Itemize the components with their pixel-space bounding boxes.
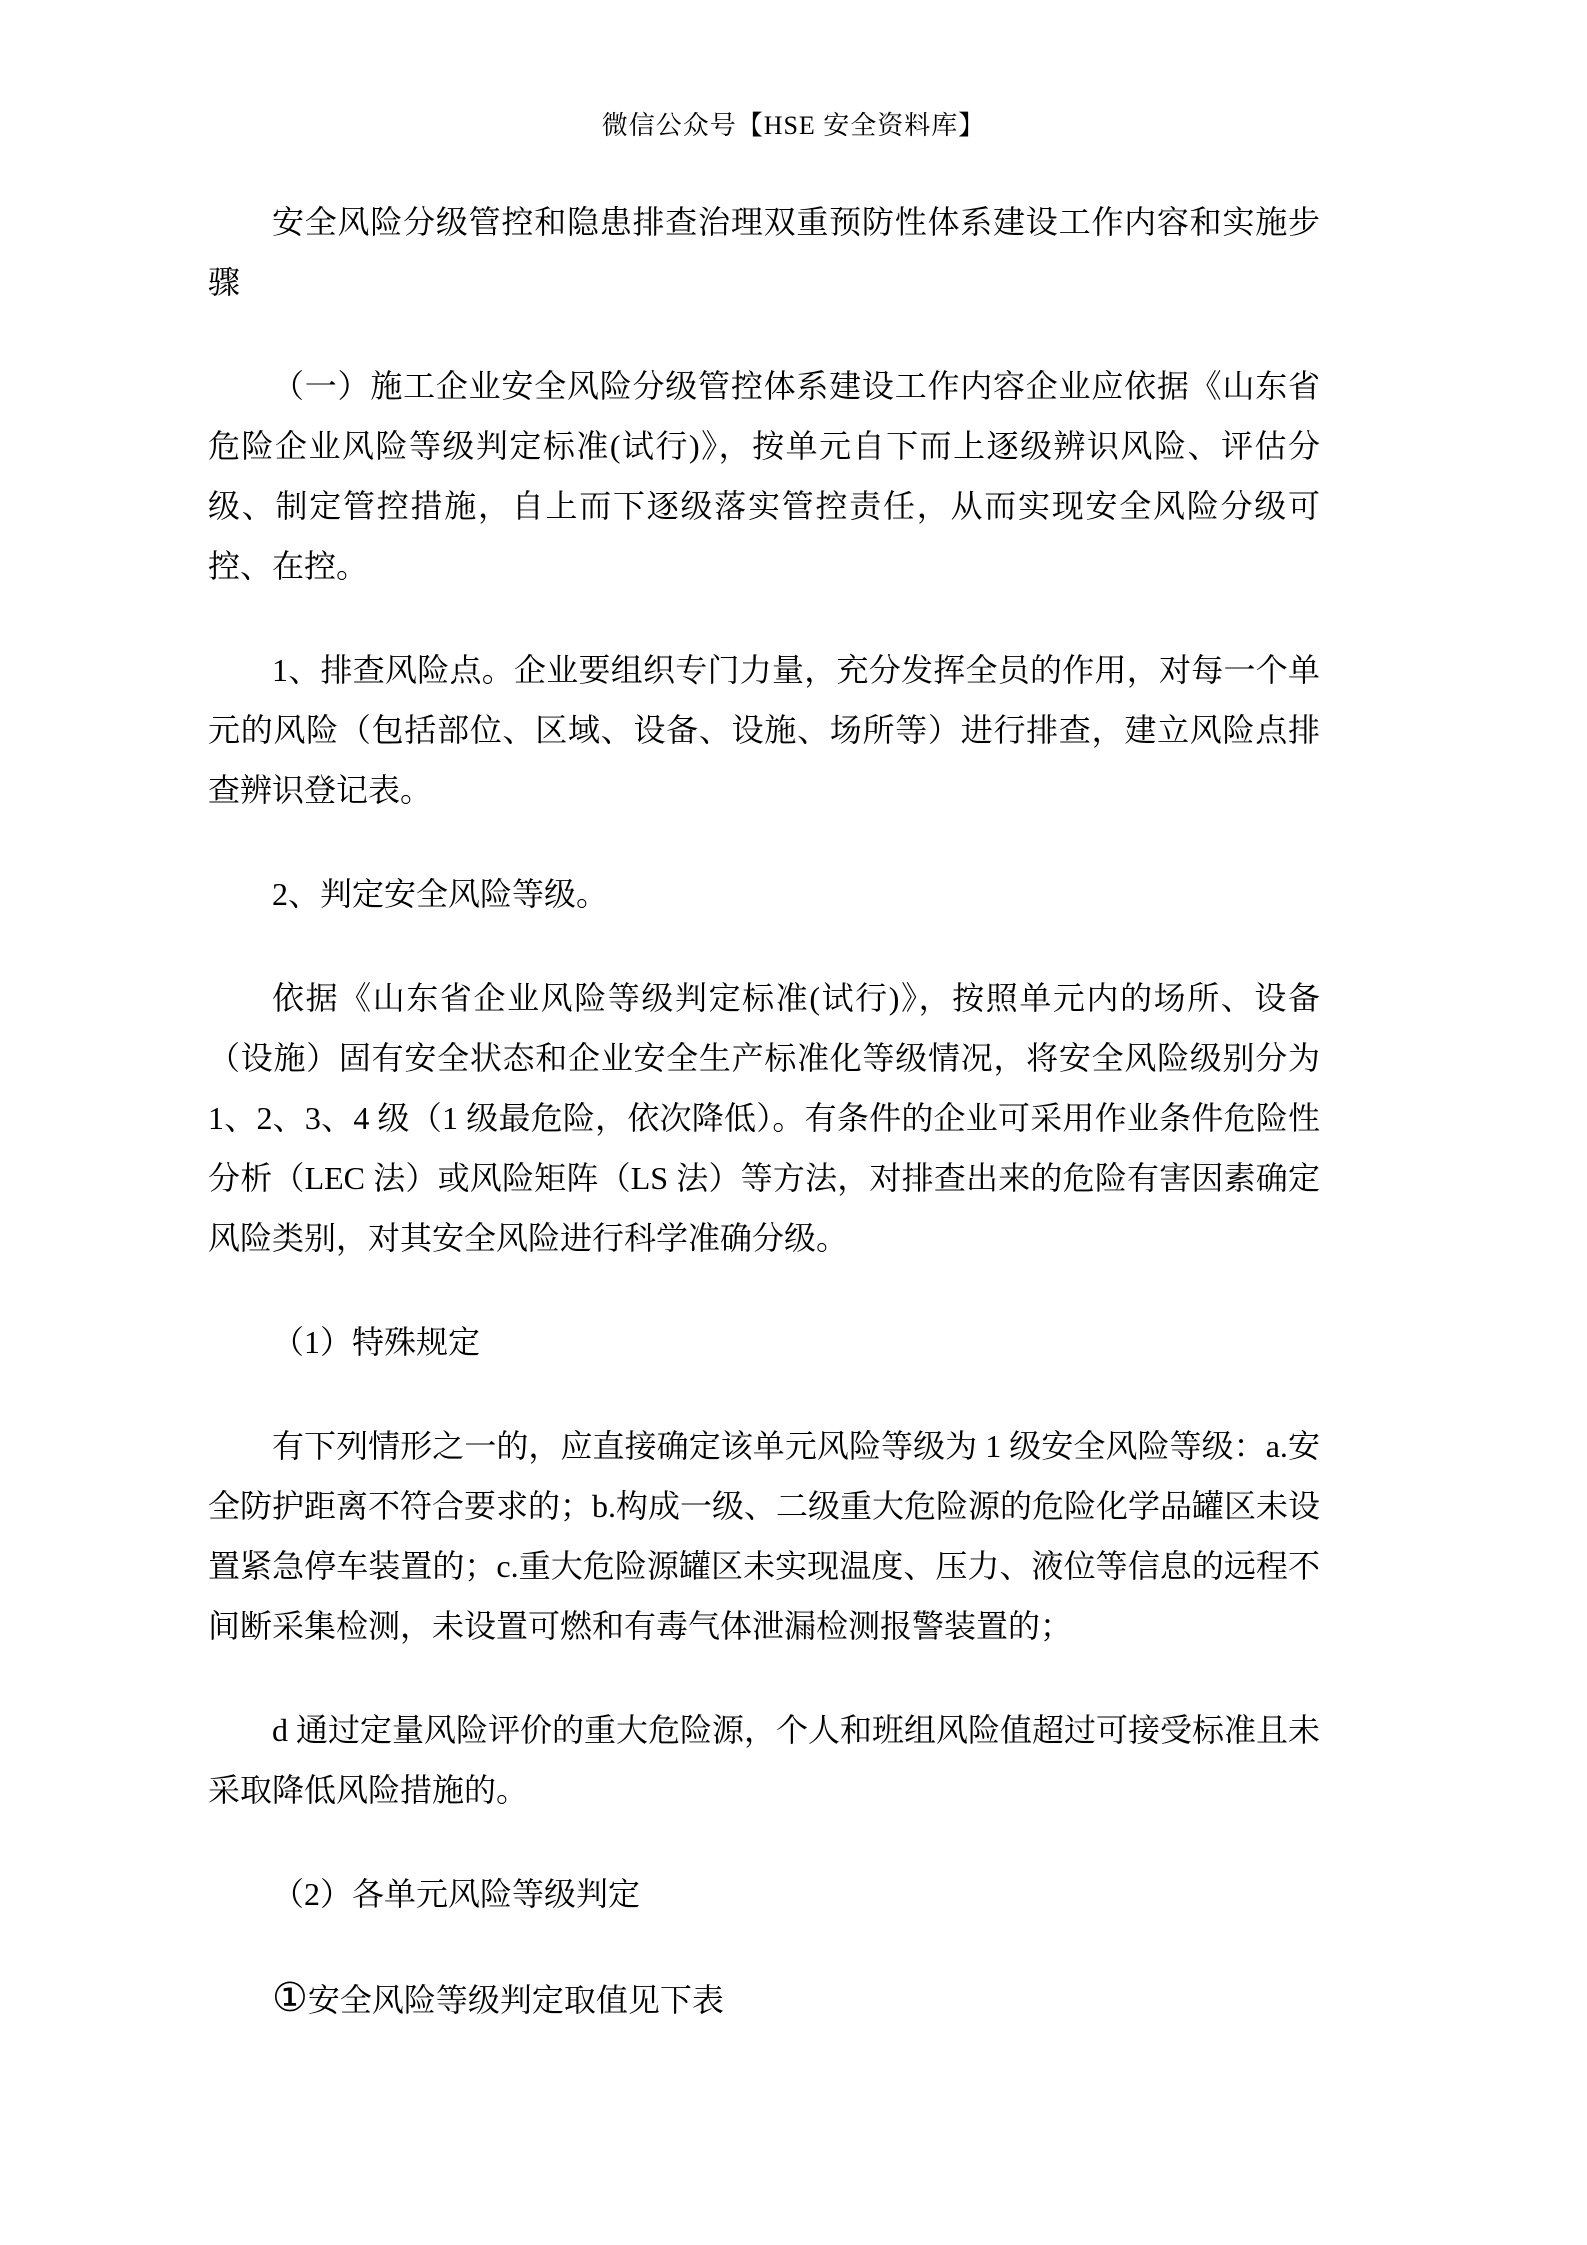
paragraph-unit-grading-heading: （2）各单元风险等级判定: [208, 1864, 1320, 1924]
wechat-watermark-header: 微信公众号【HSE 安全资料库】: [0, 0, 1587, 142]
circled-one-marker: ①: [272, 1975, 308, 2020]
paragraph-special-rules-abc: 有下列情形之一的，应直接确定该单元风险等级为 1 级安全风险等级：a.安全防护距…: [208, 1416, 1320, 1656]
paragraph-grading-basis: 依据《山东省企业风险等级判定标准(试行)》，按照单元内的场所、设备（设施）固有安…: [208, 968, 1320, 1268]
paragraph-section-1: （一）施工企业安全风险分级管控体系建设工作内容企业应依据《山东省危险企业风险等级…: [208, 356, 1320, 596]
paragraph-special-rules-d: d 通过定量风险评价的重大危险源，个人和班组风险值超过可接受标准且未采取降低风险…: [208, 1700, 1320, 1820]
doc-title: 安全风险分级管控和隐患排查治理双重预防性体系建设工作内容和实施步骤: [208, 192, 1320, 312]
document-body: 安全风险分级管控和隐患排查治理双重预防性体系建设工作内容和实施步骤 （一）施工企…: [208, 192, 1320, 2030]
paragraph-special-rules-heading: （1）特殊规定: [208, 1312, 1320, 1372]
paragraph-item-2: 2、判定安全风险等级。: [208, 864, 1320, 924]
table-note-text: 安全风险等级判定取值见下表: [308, 1982, 724, 2018]
paragraph-table-note: ①安全风险等级判定取值见下表: [208, 1968, 1320, 2030]
paragraph-item-1: 1、排查风险点。企业要组织专门力量，充分发挥全员的作用，对每一个单元的风险（包括…: [208, 640, 1320, 820]
document-page: 微信公众号【HSE 安全资料库】 安全风险分级管控和隐患排查治理双重预防性体系建…: [0, 0, 1587, 2245]
